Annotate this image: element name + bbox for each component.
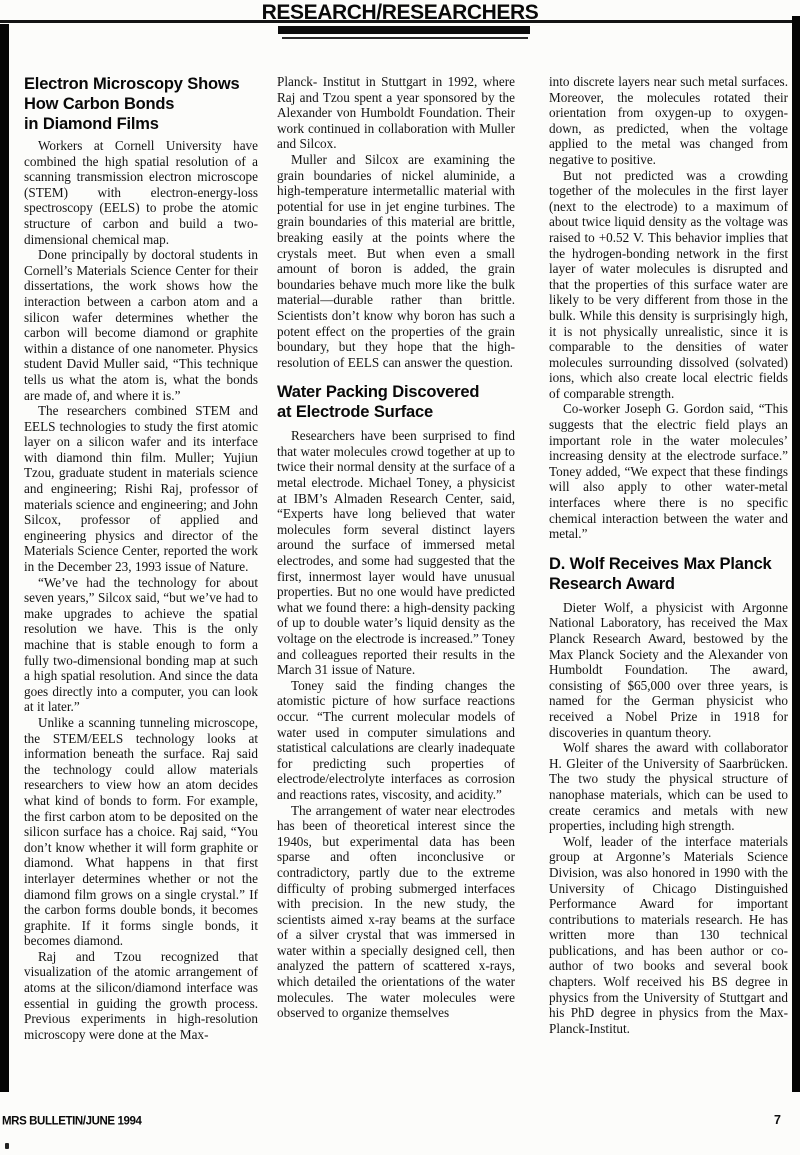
scan-speck	[5, 1143, 9, 1149]
article-title: Water Packing Discoveredat Electrode Sur…	[277, 382, 515, 422]
paragraph: Toney said the finding changes the atomi…	[277, 678, 515, 803]
paragraph: Workers at Cornell University have combi…	[24, 138, 258, 247]
paragraph: into discrete layers near such metal sur…	[549, 74, 788, 168]
title-underline-bar	[278, 26, 530, 34]
paragraph: Co-worker Joseph G. Gordon said, “This s…	[549, 401, 788, 541]
article-title-line: How Carbon Bonds	[24, 94, 258, 114]
paragraph: Dieter Wolf, a physicist with Argonne Na…	[549, 600, 788, 740]
header-rule	[0, 20, 800, 23]
article-title-line: Water Packing Discovered	[277, 382, 515, 402]
footer-journal-label: MRS BULLETIN/JUNE 1994	[2, 1115, 141, 1128]
article-title-line: Research Award	[549, 574, 788, 594]
article-title: D. Wolf Receives Max PlanckResearch Awar…	[549, 554, 788, 594]
article-columns: Electron Microscopy ShowsHow Carbon Bond…	[24, 74, 788, 1042]
text-column-2: Planck- Institut in Stuttgart in 1992, w…	[277, 74, 515, 1021]
paragraph: Done principally by doctoral students in…	[24, 247, 258, 403]
footer-page-number: 7	[774, 1113, 781, 1127]
paragraph: The researchers combined STEM and EELS t…	[24, 403, 258, 575]
paragraph: The arrangement of water near electrodes…	[277, 803, 515, 1021]
paragraph: But not predicted was a crowding togethe…	[549, 168, 788, 402]
paragraph: Wolf, leader of the interface materials …	[549, 834, 788, 1037]
article-title-line: at Electrode Surface	[277, 402, 515, 422]
paragraph: “We’ve had the technology for about seve…	[24, 575, 258, 715]
article-title-line: in Diamond Films	[24, 114, 258, 134]
article-title-line: Electron Microscopy Shows	[24, 74, 258, 94]
text-column-1: Electron Microscopy ShowsHow Carbon Bond…	[24, 74, 258, 1042]
article-title-line: D. Wolf Receives Max Planck	[549, 554, 788, 574]
paragraph: Planck- Institut in Stuttgart in 1992, w…	[277, 74, 515, 152]
paragraph: Wolf shares the award with collaborator …	[549, 740, 788, 834]
scan-edge-strip-right	[792, 16, 800, 1092]
paragraph: Raj and Tzou recognized that visualizati…	[24, 949, 258, 1043]
scan-edge-strip-left	[0, 24, 9, 1092]
article-title: Electron Microscopy ShowsHow Carbon Bond…	[24, 74, 258, 134]
paragraph: Unlike a scanning tunneling microscope, …	[24, 715, 258, 949]
paragraph: Researchers have been surprised to find …	[277, 428, 515, 678]
scanned-journal-page: RESEARCH/RESEARCHERS Electron Microscopy…	[0, 0, 800, 1155]
title-underline-thin	[282, 37, 528, 39]
paragraph: Muller and Silcox are examining the grai…	[277, 152, 515, 370]
text-column-3: into discrete layers near such metal sur…	[549, 74, 788, 1036]
